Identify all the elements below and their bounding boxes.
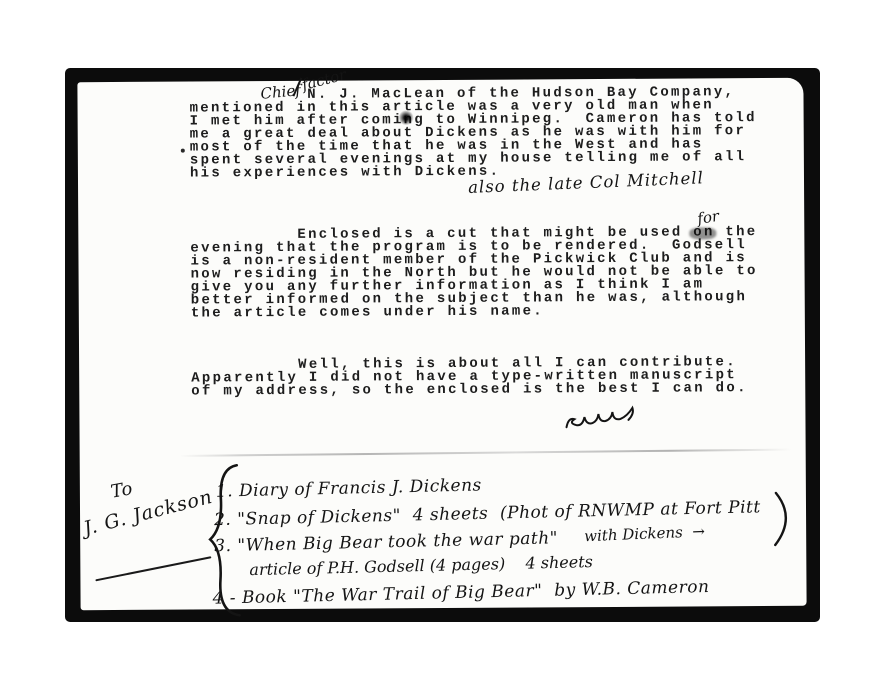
closing-paren-icon <box>772 490 798 548</box>
letter-page: N. J. MacLean of the Hudson Bay Company,… <box>77 78 806 610</box>
distribution-to-label: To <box>109 478 134 503</box>
scan-artifact-line <box>180 449 792 457</box>
distribution-item-4: 4 - Book "The War Trail of Big Bear" by … <box>212 577 709 609</box>
ink-smudge-over-on <box>689 227 716 239</box>
ink-blot-over-coming <box>399 110 414 125</box>
distribution-recipient-name: J. G. Jackson <box>81 486 215 540</box>
typed-paragraph-3: Well, this is about all I can contribute… <box>191 356 748 398</box>
signature-scribble-icon <box>562 405 636 435</box>
recipient-underline <box>95 556 211 581</box>
scan-border: N. J. MacLean of the Hudson Bay Company,… <box>65 68 820 622</box>
distribution-item-3-note: article of P.H. Godsell (4 pages) 4 shee… <box>249 552 593 579</box>
distribution-item-2-note: with Dickens → <box>584 522 705 545</box>
typed-paragraph-2: Enclosed is a cut that might be used on … <box>190 226 758 320</box>
scan-speck <box>181 149 185 153</box>
distribution-item-1: 1. Diary of Francis J. Dickens <box>216 475 482 501</box>
distribution-item-3: 3. "When Big Bear took the war path" <box>214 528 558 556</box>
handwritten-for-correction: for <box>696 207 720 228</box>
